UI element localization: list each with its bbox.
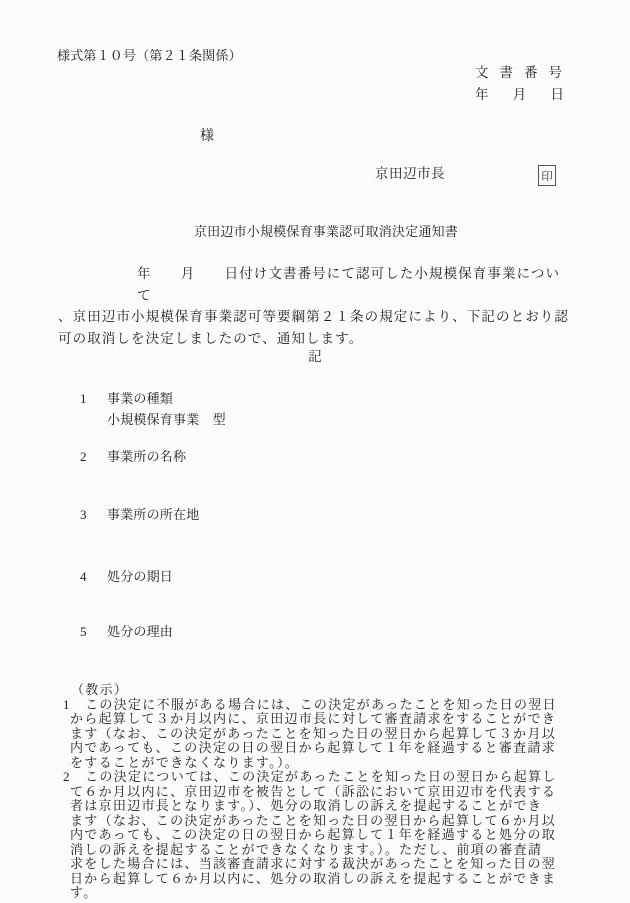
- appeal-notice-line: 内であっても、この決定の日の翌日から起算して１年を経過すると処分の取: [0, 828, 630, 843]
- list-item-label: 処分の期日: [107, 570, 173, 585]
- list-item-disposition-date: 4 処分の期日: [80, 570, 173, 585]
- body-line: 可の取消しを決定しましたので、通知します。: [58, 328, 574, 350]
- form-number: 様式第１０号（第２１条関係）: [57, 49, 242, 64]
- document-title: 京田辺市小規模保育事業認可取消決定通知書: [0, 224, 630, 240]
- appeal-notice-line: 者は京田辺市長となります。）、処分の取消しの訴えを提起することができ: [0, 799, 630, 814]
- list-item-office-address: 3 事業所の所在地: [80, 508, 199, 523]
- appeal-notice-line: す。: [0, 886, 630, 901]
- list-item-business-type: 1 事業の種類: [80, 392, 173, 407]
- list-item-number: 5: [80, 625, 107, 640]
- list-item-number: 3: [80, 508, 107, 523]
- seal-placeholder-box: 印: [538, 165, 556, 186]
- appeal-notice-line: をすることができなくなります。）。: [0, 756, 630, 771]
- list-item-label: 事業の種類: [107, 392, 173, 407]
- appeal-notice-line: 消しの訴えを提起することができなくなります。）。ただし、前項の審査請: [0, 843, 630, 858]
- body-line: 、京田辺市小規模保育事業認可等要綱第２１条の規定により、下記のとおり認: [58, 306, 574, 328]
- list-item-disposition-reason: 5 処分の理由: [80, 625, 173, 640]
- list-item-number: 2: [80, 450, 107, 465]
- appeal-notice-line: て６か月以内に、京田辺市を被告として（訴訟において京田辺市を代表する: [0, 785, 630, 800]
- list-item-business-type-value: 小規模保育事業 型: [107, 413, 226, 428]
- document-page: 様式第１０号（第２１条関係） 文書番号 年 月 日 様 京田辺市長 印 京田辺市…: [0, 0, 630, 903]
- date-line: 年 月 日: [475, 87, 564, 103]
- list-item-label: 事業所の名称: [107, 450, 186, 465]
- body-line: 年 月 日付け文書番号にて認可した小規模保育事業について: [58, 263, 574, 306]
- body-paragraph: 年 月 日付け文書番号にて認可した小規模保育事業について 、京田辺市小規模保育事…: [58, 263, 574, 350]
- list-item-office-name: 2 事業所の名称: [80, 450, 186, 465]
- appeal-notice-section: （教示） 1 この決定に不服がある場合には、この決定があったことを知った日の翌日…: [0, 683, 630, 901]
- appeal-notice-line: から起算して３か月以内に、京田辺市長に対して審査請求をすることができ: [0, 712, 630, 727]
- list-item-number: 1: [80, 392, 107, 407]
- appeal-notice-line: ます（なお、この決定があったことを知った日の翌日から起算して６か月以: [0, 814, 630, 829]
- list-item-label: 事業所の所在地: [107, 508, 199, 523]
- appeal-notice-line: ます（なお、この決定があったことを知った日の翌日から起算して３か月以: [0, 727, 630, 742]
- appeal-notice-line: 求をした場合には、当該審査請求に対する裁決があったことを知った日の翌: [0, 857, 630, 872]
- list-item-number: 4: [80, 570, 107, 585]
- appeal-notice-heading: （教示）: [0, 683, 630, 698]
- recipient-honorific: 様: [200, 129, 214, 145]
- date-day: 日: [551, 87, 565, 103]
- sender-name: 京田辺市長: [375, 166, 445, 182]
- appeal-notice-line: 2 この決定については、この決定があったことを知った日の翌日から起算し: [0, 770, 630, 785]
- date-year: 年: [475, 87, 489, 103]
- seal-character: 印: [541, 168, 553, 184]
- document-number-label: 文書番号: [475, 65, 573, 81]
- record-marker: 記: [0, 349, 630, 365]
- appeal-notice-line: 内であっても、この決定の日の翌日から起算して１年を経過すると審査請求: [0, 741, 630, 756]
- appeal-notice-line: 1 この決定に不服がある場合には、この決定があったことを知った日の翌日: [0, 698, 630, 713]
- list-item-label: 処分の理由: [107, 625, 173, 640]
- appeal-notice-line: 日から起算して６か月以内に、処分の取消しの訴えを提起することができま: [0, 872, 630, 887]
- date-month: 月: [513, 87, 527, 103]
